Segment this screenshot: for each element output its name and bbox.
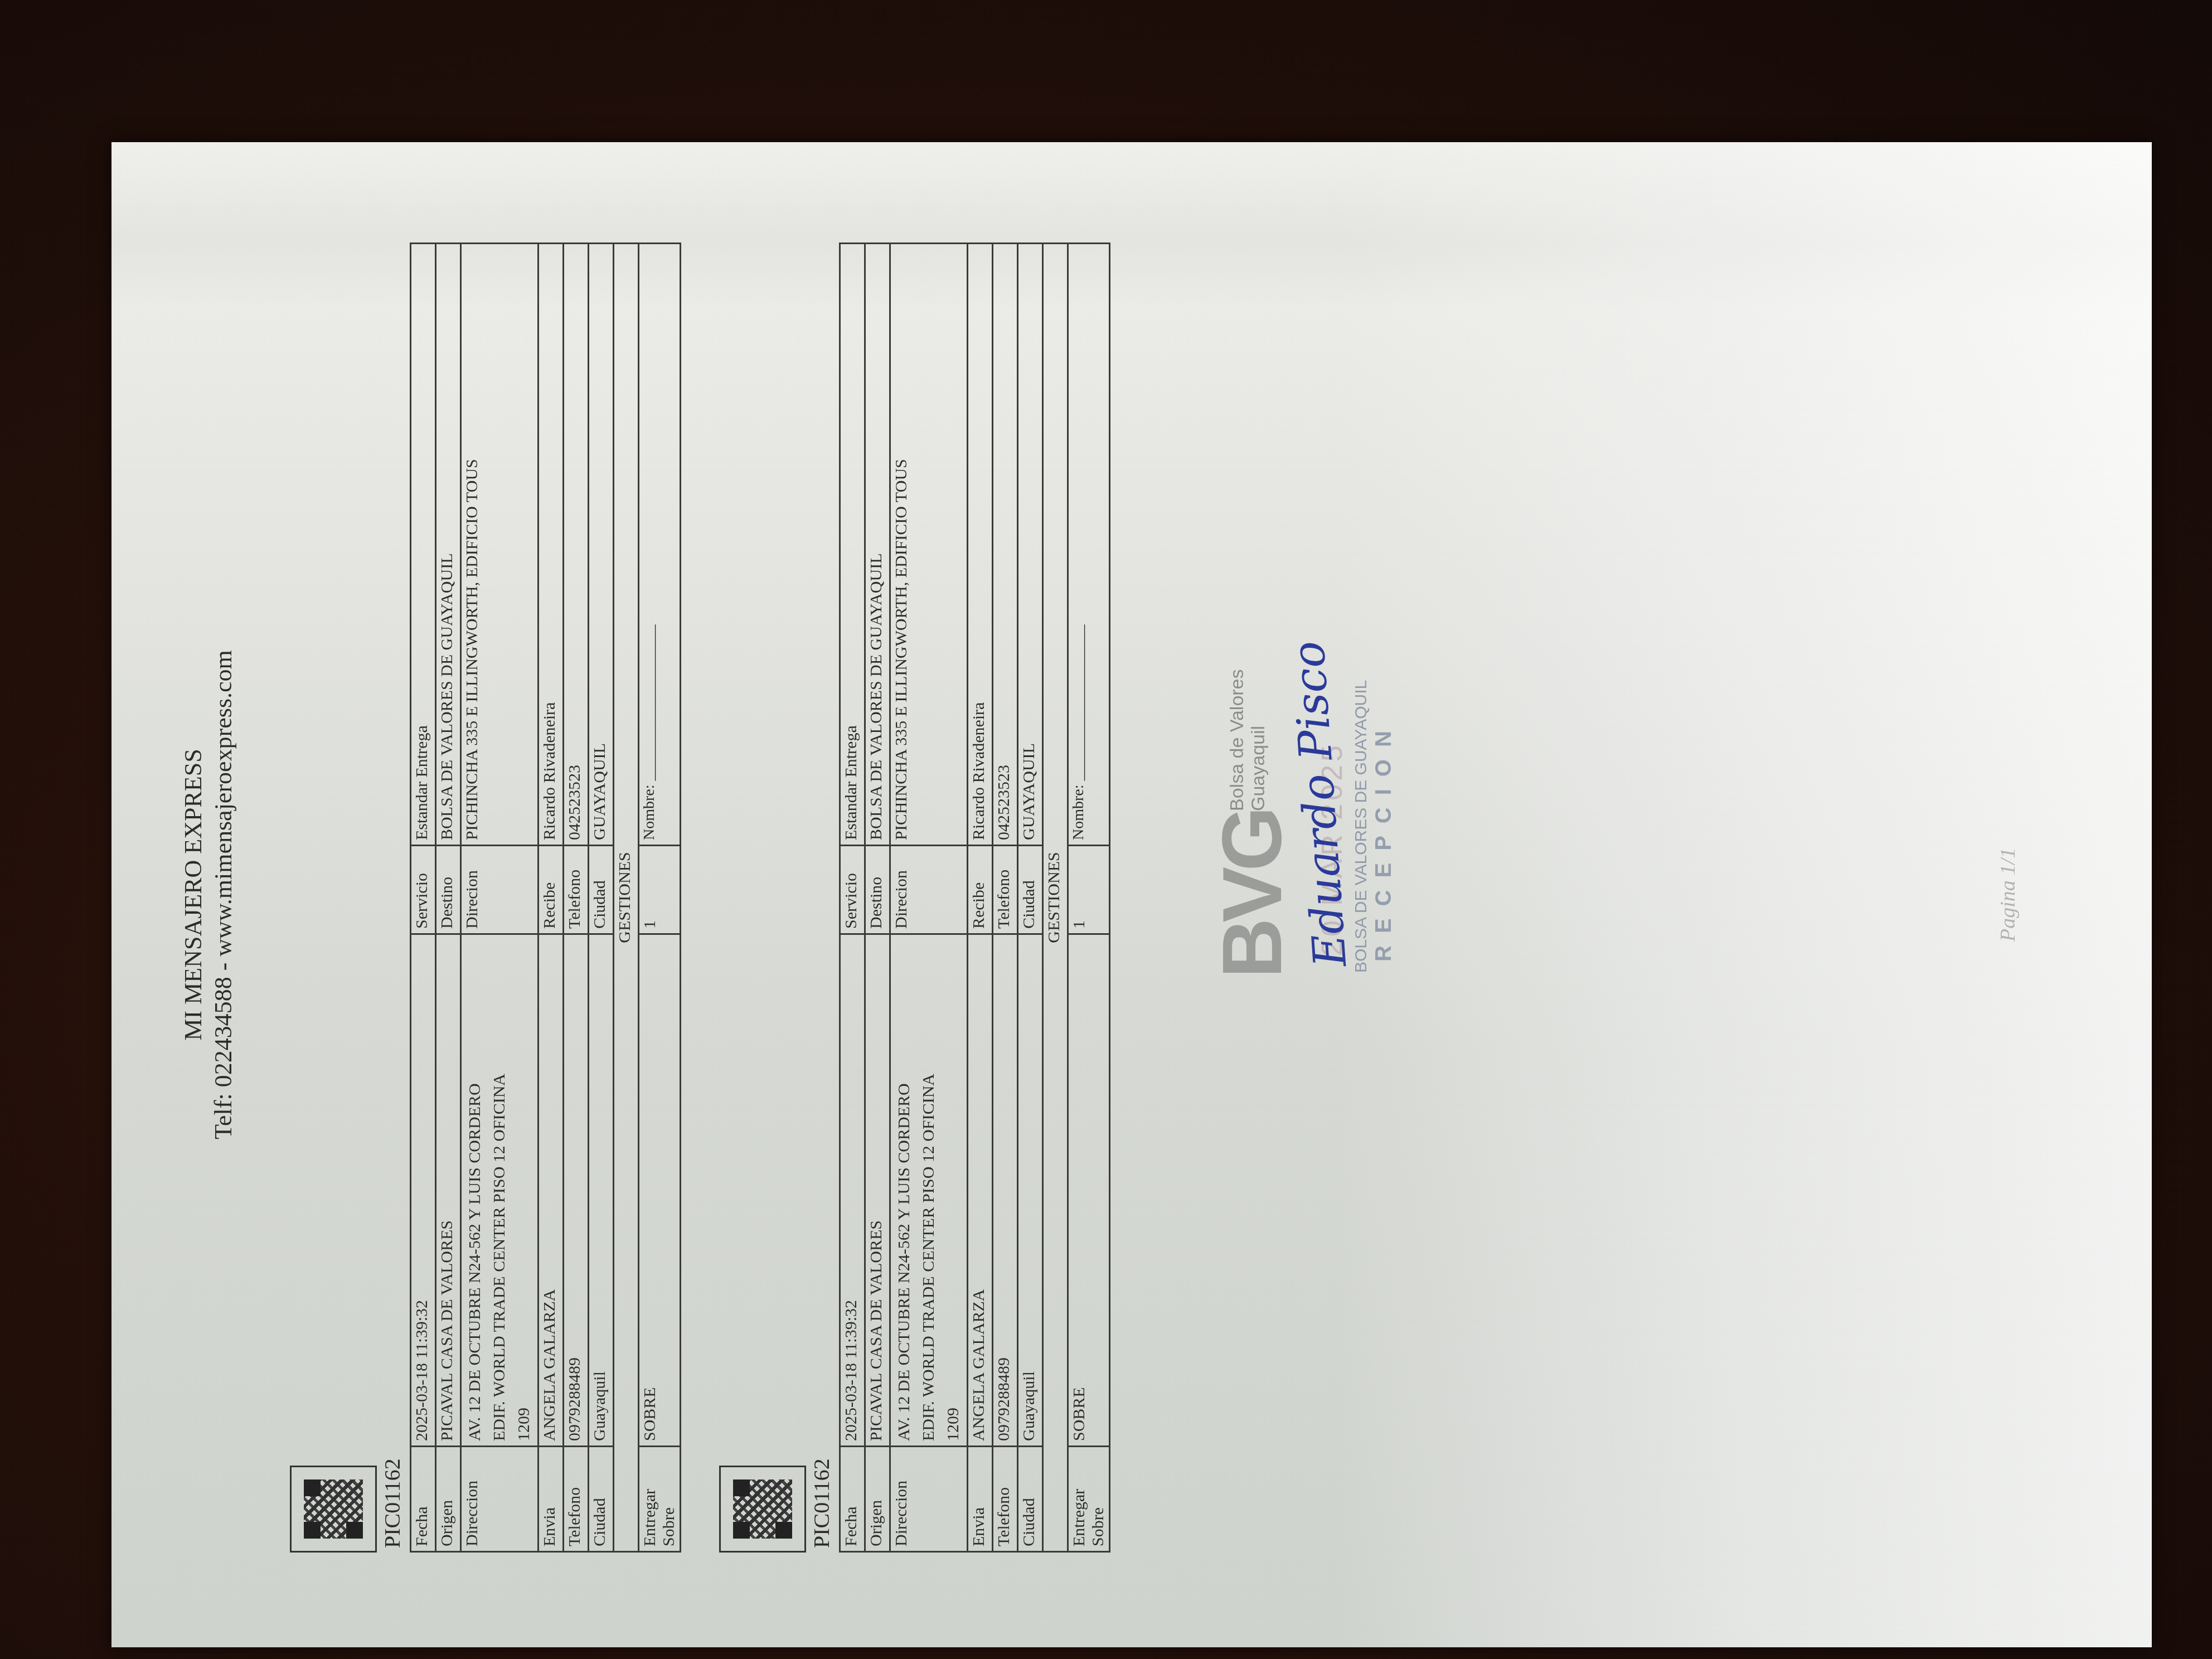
label-servicio: Servicio (840, 846, 865, 934)
label-destino: Destino (865, 846, 890, 934)
value-fecha: 2025-03-18 11:39:32 (840, 934, 865, 1447)
value-fecha: 2025-03-18 11:39:32 (411, 934, 436, 1447)
label-telefono-envia: Telefono (564, 1447, 589, 1552)
label-ciudad-destino: Ciudad (1018, 846, 1043, 934)
value-gestiones: 1 (639, 846, 681, 934)
bvg-logo-subtitle: Bolsa de Valores Guayaquil (1226, 669, 1269, 811)
value-destino: BOLSA DE VALORES DE GUAYAQUIL (865, 244, 890, 846)
address-line: AV. 12 DE OCTUBRE N24-562 Y LUIS CORDERO (463, 939, 487, 1441)
label-direccion-origen: Direccion (461, 1447, 539, 1552)
stamp-label: RECEPCION (1371, 719, 1396, 962)
value-ciudad-origen: Guayaquil (1018, 934, 1043, 1447)
label-direccion-destino: Direcion (890, 846, 968, 934)
value-envia: ANGELA GALARZA (968, 934, 993, 1447)
value-direccion-destino: PICHINCHA 335 E ILLINGWORTH, EDIFICIO TO… (461, 244, 539, 846)
value-origen: PICAVAL CASA DE VALORES (865, 934, 890, 1447)
value-direccion-destino: PICHINCHA 335 E ILLINGWORTH, EDIFICIO TO… (890, 244, 968, 846)
label-nombre: Nombre: (1070, 784, 1087, 840)
document-header: MI MENSAJERO EXPRESS Telf: 022434588 - w… (178, 142, 239, 1647)
label-telefono-envia: Telefono (993, 1447, 1018, 1552)
label-gestiones: GESTIONES (614, 244, 639, 1552)
value-telefono-envia: 0979288489 (564, 934, 589, 1447)
value-telefono-recibe: 042523523 (993, 244, 1018, 846)
label-ciudad-origen: Ciudad (1018, 1447, 1043, 1552)
label-origen: Origen (865, 1447, 890, 1552)
value-recibe: Ricardo Rivadeneira (968, 244, 993, 846)
address-line: EDIF. WORLD TRADE CENTER PISO 12 OFICINA (487, 939, 512, 1441)
slip-code: PIC01162 (379, 1458, 405, 1548)
address-line: 1209 (941, 939, 966, 1441)
value-recibe: Ricardo Rivadeneira (539, 244, 564, 846)
page-number: Pagina 1/1 (1996, 142, 2020, 1647)
label-recibe: Recibe (968, 846, 993, 934)
value-direccion-origen: AV. 12 DE OCTUBRE N24-562 Y LUIS CORDERO… (461, 934, 539, 1447)
label-envia: Envia (968, 1447, 993, 1552)
value-gestiones: 1 (1068, 846, 1110, 934)
label-recibe: Recibe (539, 846, 564, 934)
value-destino: BOLSA DE VALORES DE GUAYAQUIL (436, 244, 461, 846)
label-direccion-destino: Direcion (461, 846, 539, 934)
value-envia: ANGELA GALARZA (539, 934, 564, 1447)
value-telefono-recibe: 042523523 (564, 244, 589, 846)
logo-sub-line: Guayaquil (1248, 669, 1269, 811)
label-fecha: Fecha (840, 1447, 865, 1552)
company-name: MI MENSAJERO EXPRESS (178, 142, 208, 1647)
slip-table: Fecha 2025-03-18 11:39:32 Servicio Estan… (839, 242, 1110, 1553)
value-servicio: Estandar Entrega (840, 244, 865, 846)
qr-code-icon (290, 1466, 377, 1553)
value-servicio: Estandar Entrega (411, 244, 436, 846)
value-entregar: SOBRE (639, 934, 681, 1447)
label-telefono-recibe: Telefono (564, 846, 589, 934)
label-origen: Origen (436, 1447, 461, 1552)
value-telefono-envia: 0979288489 (993, 934, 1018, 1447)
nombre-field: Nombre: ____________________ (639, 244, 681, 846)
label-fecha: Fecha (411, 1447, 436, 1552)
address-line: 1209 (512, 939, 536, 1441)
label-nombre: Nombre: (641, 784, 658, 840)
value-direccion-origen: AV. 12 DE OCTUBRE N24-562 Y LUIS CORDERO… (890, 934, 968, 1447)
reception-stamp: BVG Bolsa de Valores Guayaquil 20 MAR 20… (1204, 588, 1405, 978)
label-entregar-sobre: Entregar Sobre (1068, 1447, 1110, 1552)
label-envia: Envia (539, 1447, 564, 1552)
label-ciudad-origen: Ciudad (589, 1447, 614, 1552)
value-ciudad-origen: Guayaquil (589, 934, 614, 1447)
label-destino: Destino (436, 846, 461, 934)
stamp-organization: BOLSA DE VALORES DE GUAYAQUIL (1352, 680, 1371, 973)
label-servicio: Servicio (411, 846, 436, 934)
label-entregar-sobre: Entregar Sobre (639, 1447, 681, 1552)
value-origen: PICAVAL CASA DE VALORES (436, 934, 461, 1447)
slip-code: PIC01162 (808, 1458, 835, 1548)
slip-table: Fecha 2025-03-18 11:39:32 Servicio Estan… (410, 242, 681, 1553)
company-contact: Telf: 022434588 - www.mimensajeroexpress… (208, 142, 239, 1647)
address-line: AV. 12 DE OCTUBRE N24-562 Y LUIS CORDERO (892, 939, 916, 1441)
logo-sub-line: Bolsa de Valores (1226, 669, 1248, 811)
label-direccion-origen: Direccion (890, 1447, 968, 1552)
qr-code-icon (719, 1466, 806, 1553)
delivery-receipt-page: MI MENSAJERO EXPRESS Telf: 022434588 - w… (111, 142, 2152, 1647)
value-entregar: SOBRE (1068, 934, 1110, 1447)
nombre-field: Nombre: ____________________ (1068, 244, 1110, 846)
address-line: EDIF. WORLD TRADE CENTER PISO 12 OFICINA (916, 939, 941, 1441)
label-gestiones: GESTIONES (1043, 244, 1068, 1552)
label-telefono-recibe: Telefono (993, 846, 1018, 934)
label-ciudad-destino: Ciudad (589, 846, 614, 934)
value-ciudad-destino: GUAYAQUIL (589, 244, 614, 846)
value-ciudad-destino: GUAYAQUIL (1018, 244, 1043, 846)
